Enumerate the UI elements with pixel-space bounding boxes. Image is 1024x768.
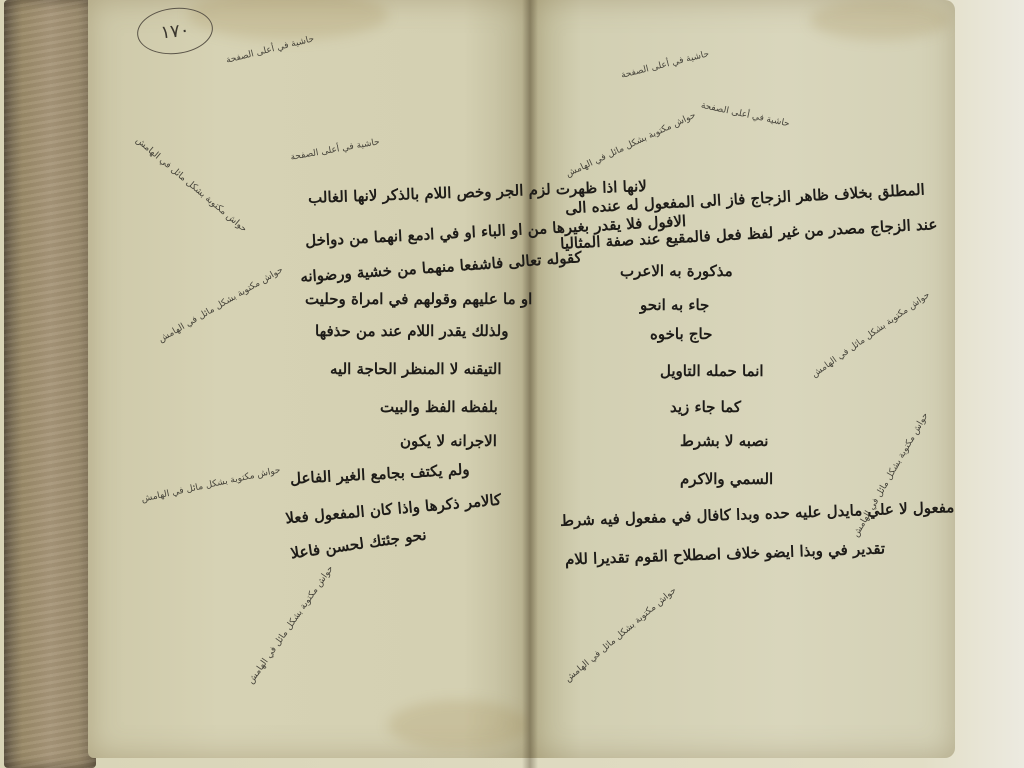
right-main-line-6: انما حمله التاويل — [660, 362, 764, 380]
left-main-line-7: بلفظه الفظ والبيت — [380, 398, 498, 416]
right-main-line-7: كما جاء زيد — [670, 398, 741, 416]
right-main-line-5: حاج باخوه — [650, 325, 712, 343]
right-main-line-3: مذكورة به الاعرب — [620, 262, 733, 280]
right-main-line-4: جاء به انحو — [640, 296, 709, 314]
left-page — [88, 0, 530, 758]
left-main-line-8: الاجرانه لا يكون — [400, 432, 497, 450]
left-main-line-6: التيقنه لا المنظر الحاجة اليه — [330, 360, 502, 378]
left-main-line-5: ولذلك يقدر اللام عند من حذفها — [315, 322, 508, 340]
left-main-line-4: او ما عليهم وقولهم في امراة وحليت — [305, 290, 532, 308]
leather-spine — [4, 0, 96, 768]
book-gutter — [522, 0, 538, 768]
right-main-line-9: السمي والاكرم — [680, 470, 773, 488]
right-main-line-8: نصبه لا بشرط — [680, 432, 768, 450]
